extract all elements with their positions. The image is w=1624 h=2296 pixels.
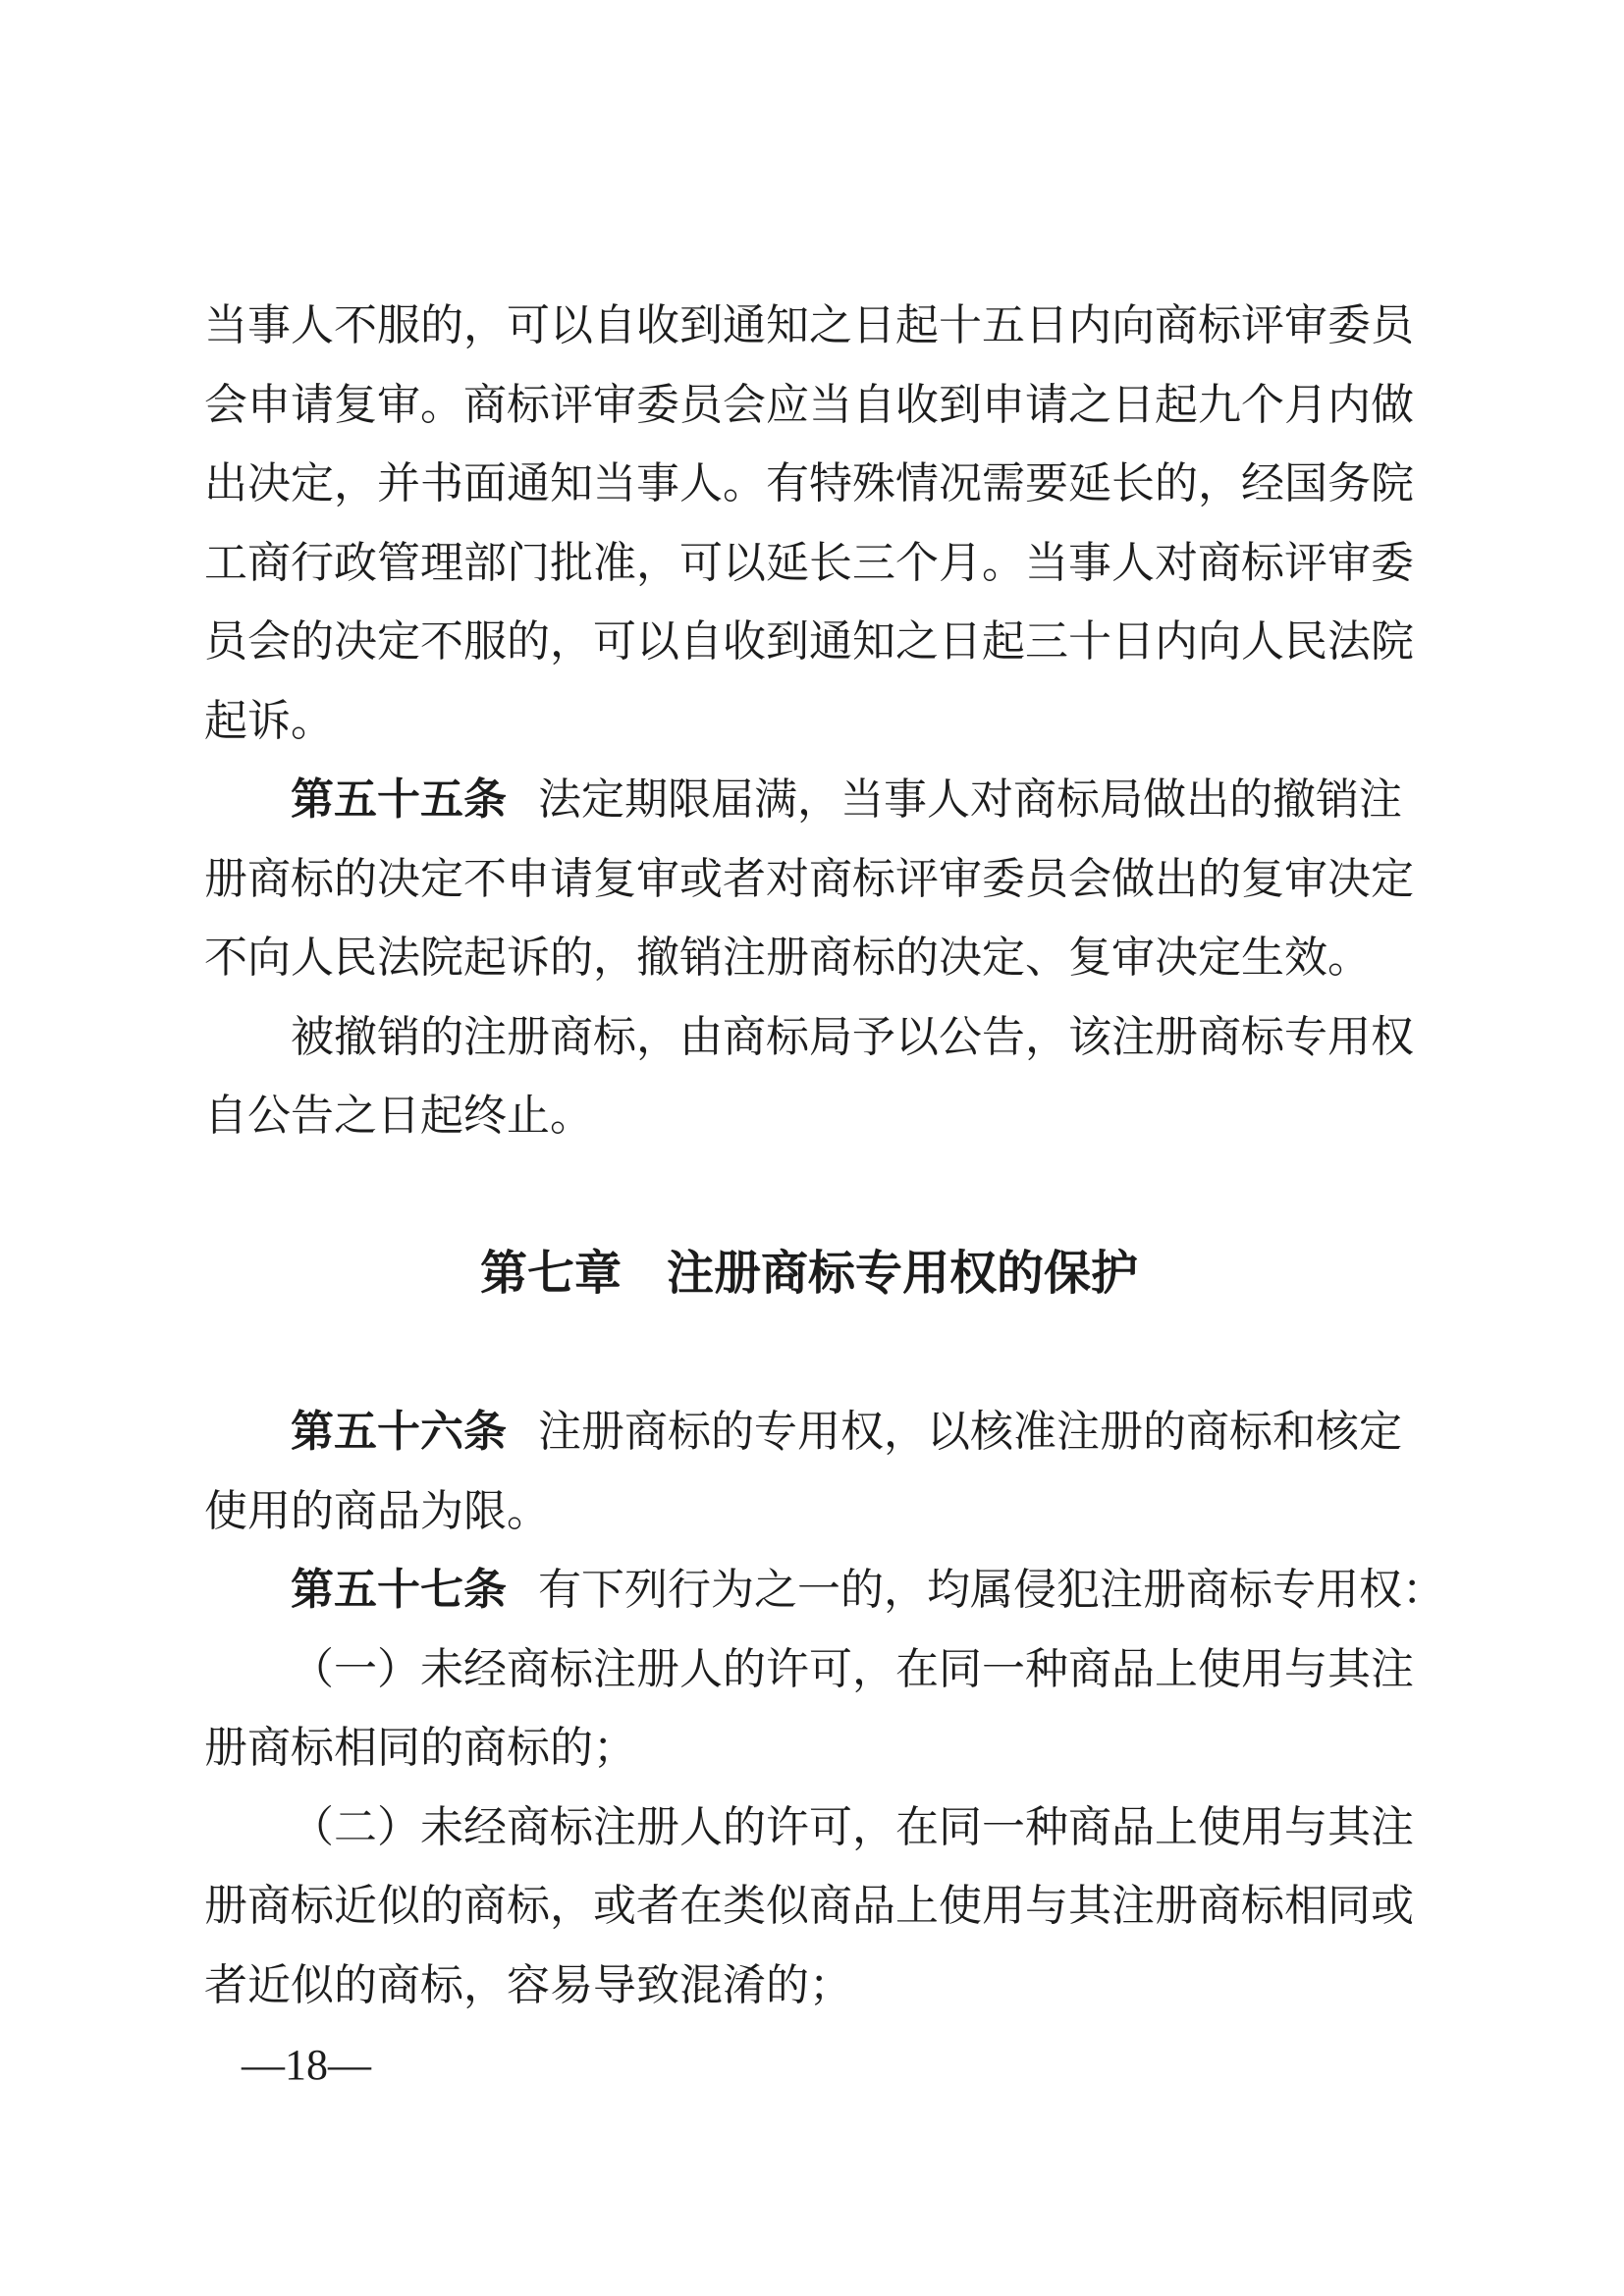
chapter-heading: 第七章注册商标专用权的保护 xyxy=(204,1235,1414,1314)
chapter-number: 第七章 xyxy=(480,1248,622,1300)
body-line: 使用的商品为限。 xyxy=(204,1472,1414,1552)
document-text-block: 当事人不服的，可以自收到通知之日起十五日内向商标评审委员 会申请复审。商标评审委… xyxy=(204,287,1414,2025)
body-line: 起诉。 xyxy=(204,682,1414,762)
body-line: 被撤销的注册商标，由商标局予以公告，该注册商标专用权 xyxy=(204,998,1414,1078)
body-line: 工商行政管理部门批准，可以延长三个月。当事人对商标评审委 xyxy=(204,524,1414,604)
body-line: 出决定，并书面通知当事人。有特殊情况需要延长的，经国务院 xyxy=(204,445,1414,524)
article-number-label: 第五十五条 xyxy=(291,775,507,824)
page-number: —18— xyxy=(242,2044,371,2087)
body-line: 册商标的决定不申请复审或者对商标评审委员会做出的复审决定 xyxy=(204,840,1414,920)
blank-line xyxy=(204,1314,1414,1394)
body-line: （一）未经商标注册人的许可，在同一种商品上使用与其注 xyxy=(204,1630,1414,1710)
chapter-title: 注册商标专用权的保护 xyxy=(667,1248,1138,1300)
body-line-article-57: 第五十七条有下列行为之一的，均属侵犯注册商标专用权： xyxy=(204,1551,1414,1630)
article-number-label: 第五十七条 xyxy=(291,1566,507,1614)
body-line: 者近似的商标，容易导致混淆的； xyxy=(204,1947,1414,2026)
body-line: 自公告之日起终止。 xyxy=(204,1077,1414,1156)
body-line: （二）未经商标注册人的许可，在同一种商品上使用与其注 xyxy=(204,1789,1414,1868)
body-line-article-56: 第五十六条注册商标的专用权，以核准注册的商标和核定 xyxy=(204,1393,1414,1472)
body-line: 册商标近似的商标，或者在类似商品上使用与其注册商标相同或 xyxy=(204,1867,1414,1947)
article-number-label: 第五十六条 xyxy=(291,1408,507,1456)
article-text: 注册商标的专用权，以核准注册的商标和核定 xyxy=(538,1408,1402,1456)
body-line: 会申请复审。商标评审委员会应当自收到申请之日起九个月内做 xyxy=(204,366,1414,446)
article-text: 有下列行为之一的，均属侵犯注册商标专用权： xyxy=(538,1566,1445,1614)
article-text: 法定期限届满，当事人对商标局做出的撤销注 xyxy=(538,775,1402,824)
blank-line xyxy=(204,1156,1414,1236)
body-line: 册商标相同的商标的； xyxy=(204,1709,1414,1789)
body-line-article-55: 第五十五条法定期限届满，当事人对商标局做出的撤销注 xyxy=(204,761,1414,840)
body-line: 不向人民法院起诉的，撤销注册商标的决定、复审决定生效。 xyxy=(204,919,1414,998)
body-line: 员会的决定不服的，可以自收到通知之日起三十日内向人民法院 xyxy=(204,603,1414,682)
document-page: 当事人不服的，可以自收到通知之日起十五日内向商标评审委员 会申请复审。商标评审委… xyxy=(0,0,1624,2296)
body-line: 当事人不服的，可以自收到通知之日起十五日内向商标评审委员 xyxy=(204,287,1414,366)
